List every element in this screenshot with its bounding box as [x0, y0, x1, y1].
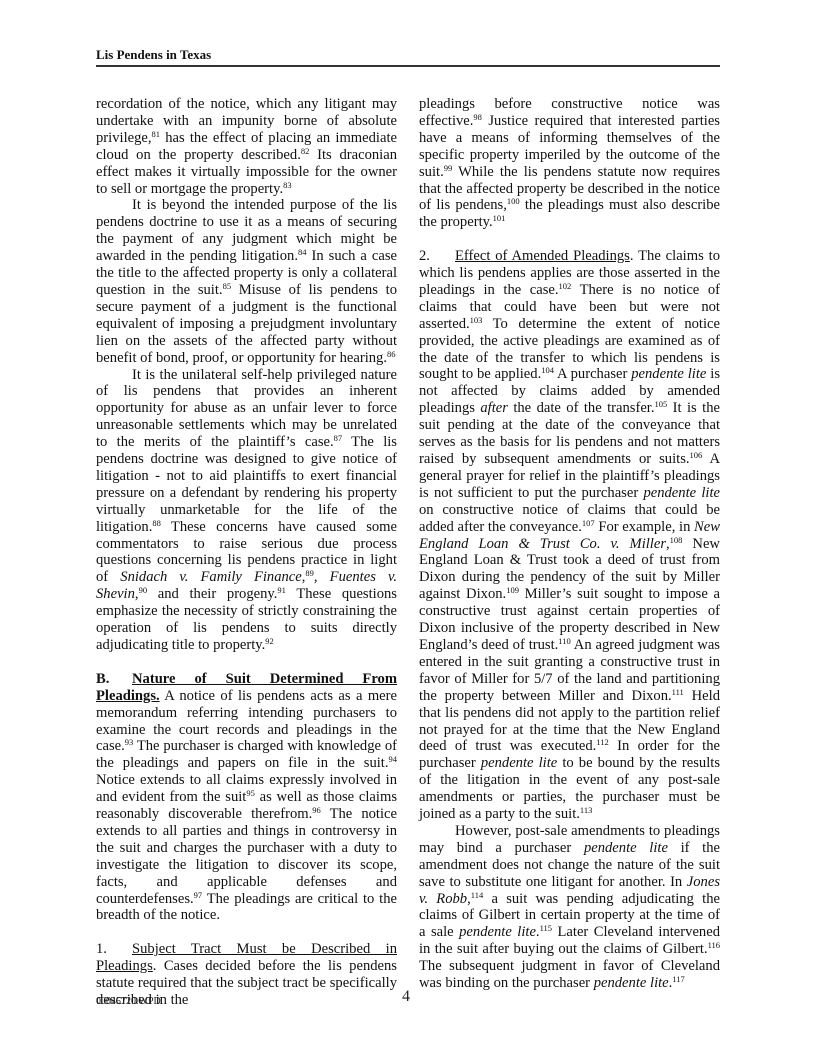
footnote-ref[interactable]: 91: [277, 585, 286, 595]
footer-document-id: 00045720.WPD: [96, 996, 161, 1007]
section-b-paragraph: B.Nature of Suit Determined From Pleadin…: [96, 671, 397, 925]
case-citation: Snidach v. Family Finance: [120, 569, 302, 585]
document-page: Lis Pendens in Texas recordation of the …: [0, 0, 816, 1056]
footer-page-number: 4: [402, 988, 410, 1006]
footnote-ref[interactable]: 105: [655, 399, 668, 409]
footnote-ref[interactable]: 107: [582, 518, 595, 528]
footnote-ref[interactable]: 81: [152, 129, 161, 139]
footnote-ref[interactable]: 98: [473, 112, 482, 122]
subsection-number: 1.: [96, 941, 132, 958]
footnote-ref[interactable]: 92: [265, 636, 274, 646]
footnote-ref[interactable]: 104: [541, 365, 554, 375]
footnote-ref[interactable]: 102: [559, 281, 572, 291]
footnote-ref[interactable]: 86: [387, 349, 396, 359]
subsection-heading: Effect of Amended Pleadings: [455, 248, 630, 264]
running-header-title: Lis Pendens in Texas: [96, 48, 720, 62]
footnote-ref[interactable]: 83: [283, 180, 292, 190]
footnote-ref[interactable]: 100: [507, 196, 520, 206]
subsection-2-paragraph: 2.Effect of Amended Pleadings. The claim…: [419, 248, 720, 823]
footnote-ref[interactable]: 113: [580, 805, 592, 815]
footnote-ref[interactable]: 99: [444, 163, 453, 173]
footnote-ref[interactable]: 85: [223, 281, 232, 291]
footnote-ref[interactable]: 94: [389, 754, 398, 764]
footnote-ref[interactable]: 116: [708, 940, 720, 950]
footnote-ref[interactable]: 114: [471, 890, 483, 900]
paragraph: However, post-sale amendments to pleadin…: [419, 823, 720, 992]
footnote-ref[interactable]: 90: [139, 585, 148, 595]
footnote-ref[interactable]: 108: [670, 535, 683, 545]
footnote-ref[interactable]: 109: [506, 585, 519, 595]
left-column: recordation of the notice, which any lit…: [96, 96, 397, 1009]
footnote-ref[interactable]: 115: [540, 923, 552, 933]
paragraph: It is the unilateral self-help privilege…: [96, 367, 397, 654]
footnote-ref[interactable]: 89: [305, 568, 314, 578]
footnote-ref[interactable]: 88: [152, 518, 161, 528]
footnote-ref[interactable]: 117: [672, 974, 684, 984]
paragraph: recordation of the notice, which any lit…: [96, 96, 397, 197]
right-column: pleadings before constructive notice was…: [419, 96, 720, 992]
footnote-ref[interactable]: 111: [672, 687, 684, 697]
footnote-ref[interactable]: 106: [690, 450, 703, 460]
running-header: Lis Pendens in Texas: [96, 48, 720, 67]
footnote-ref[interactable]: 103: [470, 315, 483, 325]
footnote-ref[interactable]: 87: [334, 433, 343, 443]
footnote-ref[interactable]: 97: [194, 890, 203, 900]
header-rule: [96, 65, 720, 67]
footnote-ref[interactable]: 95: [246, 788, 255, 798]
paragraph: pleadings before constructive notice was…: [419, 96, 720, 231]
paragraph: It is beyond the intended purpose of the…: [96, 197, 397, 366]
footnote-ref[interactable]: 110: [558, 636, 570, 646]
footnote-ref[interactable]: 101: [493, 213, 506, 223]
footnote-ref[interactable]: 112: [596, 737, 608, 747]
footnote-ref[interactable]: 93: [125, 737, 134, 747]
footnote-ref[interactable]: 96: [312, 805, 321, 815]
subsection-number: 2.: [419, 248, 455, 265]
